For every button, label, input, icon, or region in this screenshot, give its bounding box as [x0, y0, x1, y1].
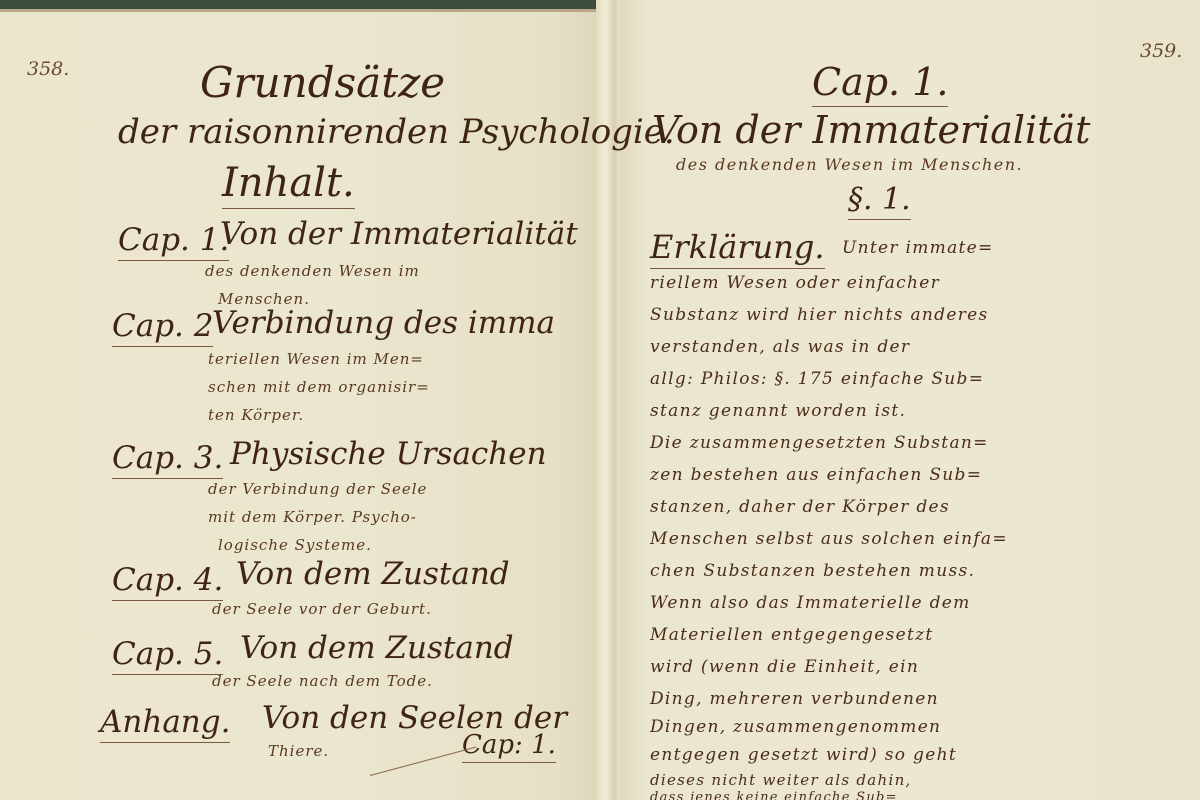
left-heading-subtitle: der raisonnirenden Psychologie. [118, 112, 675, 152]
body-line-3: Substanz wird hier nichts anderes [650, 305, 989, 325]
toc-sub-2c: ten Körper. [208, 406, 304, 424]
body-line-13: Materiellen entgegengesetzt [650, 625, 933, 645]
body-line-6: stanz genannt worden ist. [650, 401, 906, 421]
book-cover-edge [0, 0, 610, 9]
toc-title-5: Von dem Zustand [240, 630, 514, 666]
body-line-19: dass jenes keine einfache Sub= [650, 790, 898, 800]
toc-sub-3b: mit dem Körper. Psycho- [208, 508, 417, 526]
chapter-heading: Cap. 1. [812, 60, 948, 107]
body-line-10: Menschen selbst aus solchen einfa= [650, 529, 1008, 549]
body-line-14: wird (wenn die Einheit, ein [650, 657, 919, 677]
toc-label-appendix: Anhang. [100, 704, 230, 743]
section-number: §. 1. [848, 182, 911, 220]
chapter-subtitle: des denkenden Wesen im Menschen. [676, 155, 1023, 174]
toc-sub-3c: logische Systeme. [218, 536, 372, 554]
erklaerung-label: Erklärung. [650, 228, 825, 269]
toc-title-3: Physische Ursachen [230, 436, 547, 472]
toc-label-1: Cap. 1. [118, 222, 229, 261]
body-line-12: Wenn also das Immaterielle dem [650, 593, 971, 613]
toc-label-2: Cap. 2 [112, 308, 213, 347]
body-line-8: zen bestehen aus einfachen Sub= [650, 465, 982, 485]
body-line-16: Dingen, zusammengenommen [650, 717, 941, 737]
body-line-2: riellem Wesen oder einfacher [650, 273, 940, 293]
toc-sub-appendix: Thiere. [268, 742, 329, 760]
toc-sub-3a: der Verbindung der Seele [208, 480, 427, 498]
body-line-7: Die zusammengesetzten Substan= [650, 433, 989, 453]
toc-sub-1a: des denkenden Wesen im [205, 262, 420, 280]
body-line-11: chen Substanzen bestehen muss. [650, 561, 975, 581]
toc-title-1: Von der Immaterialität [220, 216, 578, 252]
toc-sub-2b: schen mit dem organisir= [208, 378, 430, 396]
right-page-number: 359. [1140, 40, 1182, 62]
toc-sub-2a: teriellen Wesen im Men= [208, 350, 424, 368]
toc-title-2: Verbindung des imma [212, 305, 555, 341]
body-line-1: Unter immate= [842, 238, 994, 258]
body-line-9: stanzen, daher der Körper des [650, 497, 950, 517]
contents-heading: Inhalt. [222, 160, 355, 209]
left-page-number: 358. [27, 58, 69, 80]
toc-label-4: Cap. 4. [112, 562, 223, 601]
toc-sub-5a: der Seele nach dem Tode. [212, 672, 433, 690]
toc-label-3: Cap. 3. [112, 440, 223, 479]
toc-title-4: Von dem Zustand [236, 556, 510, 592]
body-line-4: verstanden, als was in der [650, 337, 910, 357]
body-line-15: Ding, mehreren verbundenen [650, 689, 939, 709]
toc-sub-4a: der Seele vor der Geburt. [212, 600, 432, 618]
chapter-title: Von der Immaterialität [652, 108, 1090, 152]
body-line-18: dieses nicht weiter als dahin, [650, 771, 912, 789]
left-heading-title: Grundsätze [200, 58, 445, 107]
body-line-17: entgegen gesetzt wird) so geht [650, 745, 957, 765]
toc-label-5: Cap. 5. [112, 636, 223, 675]
body-line-5: allg: Philos: §. 175 einfache Sub= [650, 369, 984, 389]
